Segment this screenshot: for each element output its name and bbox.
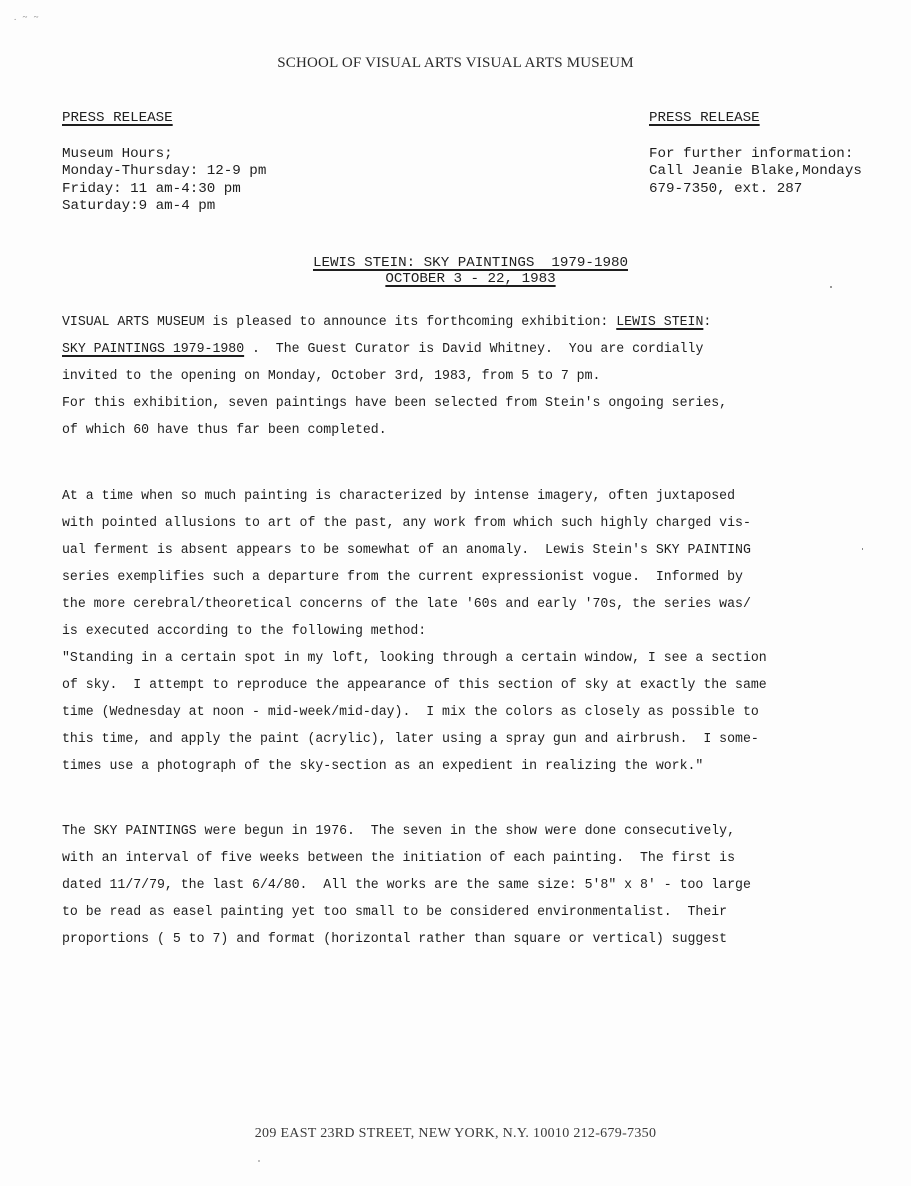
- body-text: VISUAL ARTS MUSEUM is pleased to announc…: [62, 309, 825, 953]
- paragraph-gap: [62, 444, 825, 483]
- quote-line: of sky. I attempt to reproduce the appea…: [62, 672, 825, 699]
- press-release-page: . ~ ~ SCHOOL OF VISUAL ARTS VISUAL ARTS …: [0, 0, 911, 1186]
- contact-info-block: PRESS RELEASE For further information: C…: [649, 110, 862, 198]
- body-line: SKY PAINTINGS 1979-1980 . The Guest Cura…: [62, 336, 825, 363]
- body-line: proportions ( 5 to 7) and format (horizo…: [62, 926, 825, 953]
- body-line: For this exhibition, seven paintings hav…: [62, 390, 825, 417]
- press-release-label-left: PRESS RELEASE: [62, 110, 266, 128]
- text-run: . The Guest Curator is David Whitney. Yo…: [244, 341, 703, 357]
- text-run: :: [703, 314, 711, 330]
- body-line: invited to the opening on Monday, Octobe…: [62, 363, 825, 390]
- artist-name-underlined: LEWIS STEIN: [616, 314, 703, 330]
- body-line: VISUAL ARTS MUSEUM is pleased to announc…: [62, 309, 825, 336]
- hours-saturday: Saturday:9 am-4 pm: [62, 198, 266, 216]
- hours-mon-thu: Monday-Thursday: 12-9 pm: [62, 163, 266, 181]
- body-line: the more cerebral/theoretical concerns o…: [62, 591, 825, 618]
- paper-speck: [258, 1160, 260, 1162]
- body-line: of which 60 have thus far been completed…: [62, 417, 825, 444]
- paper-speck: [862, 548, 863, 550]
- body-line: The SKY PAINTINGS were begun in 1976. Th…: [62, 818, 825, 845]
- quote-line: times use a photograph of the sky-sectio…: [62, 753, 825, 780]
- body-line: series exemplifies such a departure from…: [62, 564, 825, 591]
- body-line: is executed according to the following m…: [62, 618, 825, 645]
- body-line: with an interval of five weeks between t…: [62, 845, 825, 872]
- paper-speck: [830, 286, 832, 288]
- body-line: At a time when so much painting is chara…: [62, 483, 825, 510]
- press-release-label-right: PRESS RELEASE: [649, 110, 862, 128]
- exhibition-dates: OCTOBER 3 - 22, 1983: [30, 271, 911, 287]
- hours-friday: Friday: 11 am-4:30 pm: [62, 181, 266, 199]
- body-line: dated 11/7/79, the last 6/4/80. All the …: [62, 872, 825, 899]
- quote-line: this time, and apply the paint (acrylic)…: [62, 726, 825, 753]
- corner-mark: . ~ ~: [14, 12, 41, 22]
- contact-line-1: For further information:: [649, 146, 862, 164]
- body-line: ual ferment is absent appears to be some…: [62, 537, 825, 564]
- quote-line: "Standing in a certain spot in my loft, …: [62, 645, 825, 672]
- contact-line-2: Call Jeanie Blake,Mondays: [649, 163, 862, 181]
- body-line: to be read as easel painting yet too sma…: [62, 899, 825, 926]
- letterhead: SCHOOL OF VISUAL ARTS VISUAL ARTS MUSEUM: [0, 55, 911, 72]
- exhibition-title: LEWIS STEIN: SKY PAINTINGS 1979-1980 OCT…: [0, 255, 911, 287]
- series-title-underlined: SKY PAINTINGS 1979-1980: [62, 341, 244, 357]
- footer-address: 209 EAST 23RD STREET, NEW YORK, N.Y. 100…: [0, 1126, 911, 1142]
- museum-hours-block: PRESS RELEASE Museum Hours; Monday-Thurs…: [62, 110, 266, 216]
- quote-line: time (Wednesday at noon - mid-week/mid-d…: [62, 699, 825, 726]
- paragraph-gap: [62, 780, 825, 818]
- museum-hours-heading: Museum Hours;: [62, 146, 266, 164]
- exhibition-title-line: LEWIS STEIN: SKY PAINTINGS 1979-1980: [30, 255, 911, 271]
- contact-line-3: 679-7350, ext. 287: [649, 181, 862, 199]
- text-run: VISUAL ARTS MUSEUM is pleased to announc…: [62, 314, 616, 330]
- body-line: with pointed allusions to art of the pas…: [62, 510, 825, 537]
